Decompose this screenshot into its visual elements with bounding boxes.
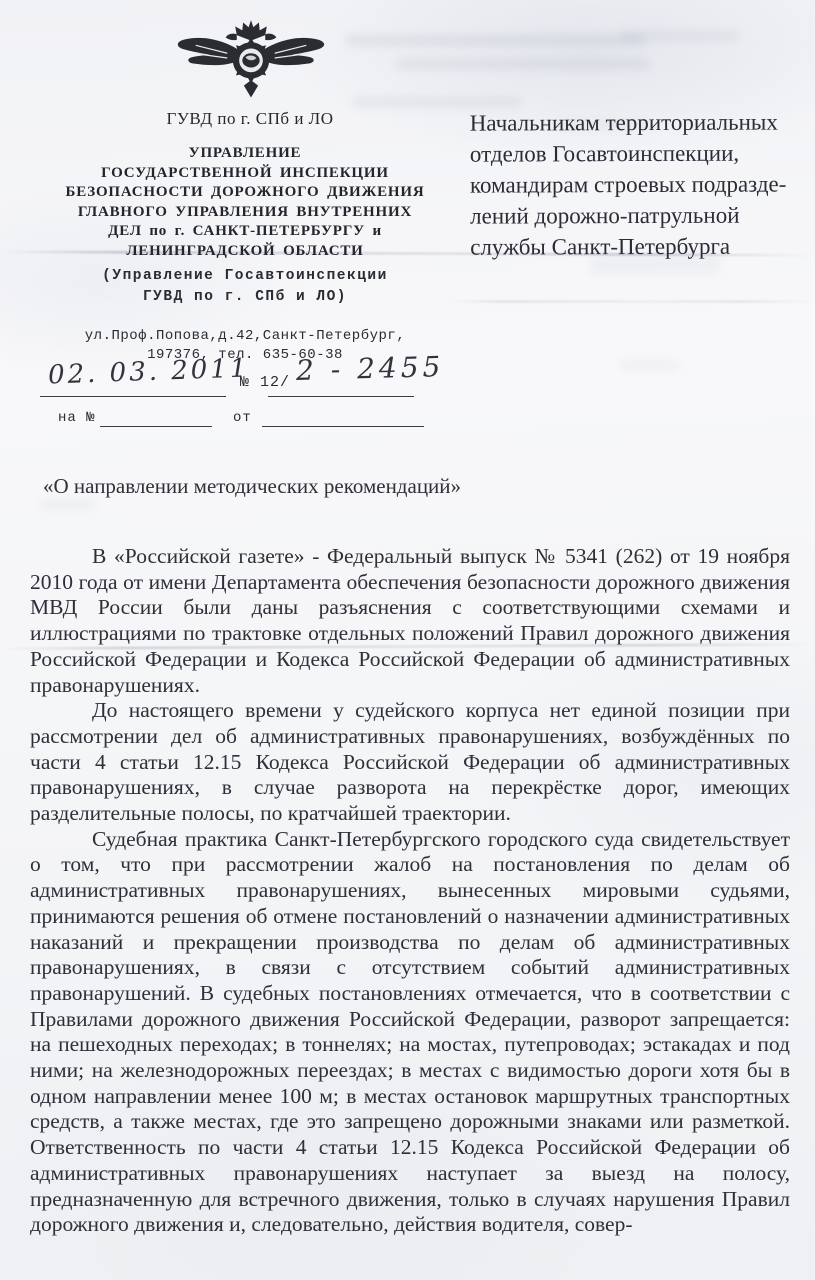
- addressee-line: службы Санкт-Петербурга: [470, 230, 815, 262]
- org-title-line: ГЛАВНОГО УПРАВЛЕНИЯ ВНУТРЕННИХ: [25, 203, 465, 223]
- body-paragraph: До настоящего времени у судейского корпу…: [30, 698, 790, 827]
- addressee-block: Начальникам территориальных отделов Госа…: [470, 106, 815, 262]
- addressee-line: лений дорожно-патрульной: [470, 199, 815, 231]
- scanned-letter-page: ГУВД по г. СПб и ЛО УПРАВЛЕНИЕ ГОСУДАРСТ…: [0, 0, 815, 1280]
- body-paragraph: В «Российской газете» - Федеральный выпу…: [30, 544, 790, 698]
- org-alt-line: (Управление Госавтоинспекции: [25, 266, 465, 287]
- bleedthrough-smudge: [620, 30, 740, 42]
- bleedthrough-smudge: [40, 500, 95, 509]
- addressee-line: отделов Госавтоинспекции,: [470, 137, 815, 169]
- bleedthrough-smudge: [345, 34, 645, 47]
- org-title-line: БЕЗОПАСНОСТИ ДОРОЖНОГО ДВИЖЕНИЯ: [25, 183, 465, 203]
- reply-date-label: от: [233, 410, 252, 426]
- bleedthrough-smudge: [395, 58, 650, 70]
- org-title-line: ЛЕНИНГРАДСКОЙ ОБЛАСТИ: [25, 242, 465, 262]
- org-title-line: ДЕЛ по г. САНКТ-ПЕТЕРБУРГУ и: [25, 222, 465, 242]
- org-alt-name: (Управление Госавтоинспекции ГУВД по г. …: [25, 266, 465, 308]
- address-line: ул.Проф.Попова,д.42,Санкт-Петербург,: [25, 327, 465, 346]
- addressee-line: командирам строевых подразде-: [470, 168, 815, 200]
- bleedthrough-smudge: [620, 360, 680, 370]
- paper-crease: [448, 300, 815, 303]
- reply-number-underline: [100, 404, 212, 427]
- org-alt-line: ГУВД по г. СПб и ЛО): [25, 287, 465, 308]
- handwritten-number: 2 - 2455: [296, 350, 445, 387]
- bleedthrough-smudge: [352, 96, 522, 108]
- mvd-eagle-emblem-icon: [172, 12, 330, 104]
- body-paragraph: Судебная практика Санкт-Петербургского г…: [30, 827, 790, 1238]
- letter-body: В «Российской газете» - Федеральный выпу…: [30, 544, 790, 1238]
- org-title-line: УПРАВЛЕНИЕ: [25, 144, 465, 164]
- org-title-line: ГОСУДАРСТВЕННОЙ ИНСПЕКЦИИ: [25, 164, 465, 184]
- reply-date-underline: [262, 404, 424, 427]
- reply-number-label: на №: [58, 410, 96, 426]
- letter-subject: «О направлении методических рекомендаций…: [43, 474, 683, 499]
- org-full-title: УПРАВЛЕНИЕ ГОСУДАРСТВЕННОЙ ИНСПЕКЦИИ БЕЗ…: [25, 144, 465, 261]
- addressee-line: Начальникам территориальных: [470, 106, 815, 138]
- org-short-title: ГУВД по г. СПб и ЛО: [100, 109, 400, 129]
